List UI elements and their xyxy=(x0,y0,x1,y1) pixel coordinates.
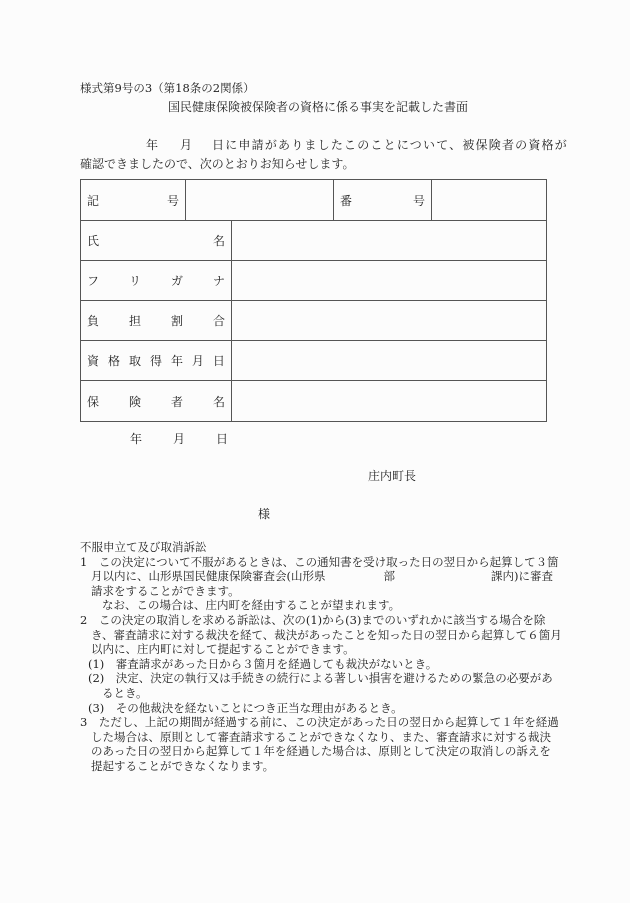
label-char: 担 xyxy=(129,312,141,329)
label-char: 負 xyxy=(87,312,99,329)
date-day: 日 xyxy=(216,430,228,447)
label-char: 者 xyxy=(171,393,183,410)
item-number: 1 xyxy=(80,555,87,569)
label-char: 号 xyxy=(167,192,179,209)
date-month: 月 xyxy=(173,430,185,447)
intro-line2: 確認できましたので、次のとおりお知らせします。 xyxy=(80,155,560,174)
label-char: 格 xyxy=(108,352,120,369)
label-char: 番 xyxy=(340,192,352,209)
notice-subitem-2: (2) 決定、決定の執行又は手続きの続行による著しい損害を避けるための緊急の必要… xyxy=(80,671,562,700)
intro-year: 年 xyxy=(146,138,158,152)
notice-item-3: 3 ただし、上記の期間が経過する前に、この決定があった日の翌日から起算して１年を… xyxy=(80,715,562,773)
burden-ratio-label-cell: 負担割合 xyxy=(81,301,232,341)
notice-subitem-1: (1) 審査請求があった日から３箇月を経過しても裁決がないとき。 xyxy=(80,657,562,672)
item-text: 部 xyxy=(383,569,395,583)
label-char: 合 xyxy=(213,312,225,329)
label-char: 険 xyxy=(129,393,141,410)
name-label-cell: 氏名 xyxy=(81,221,232,261)
table-row-burden-ratio: 負担割合 xyxy=(81,301,547,341)
table-row-furigana: フリガナ xyxy=(81,261,547,301)
item-number: 3 xyxy=(80,715,87,729)
form-number: 様式第9号の3（第18条の2関係） xyxy=(80,80,255,96)
insurer-name-value-cell xyxy=(232,381,547,422)
appeal-notice: 不服申立て及び取消訴訟 1 この決定について不服があるときは、この通知書を受け取… xyxy=(80,540,562,774)
acquisition-date-label-cell: 資格取得年月日 xyxy=(81,341,232,381)
subitem-text: その他裁決を経ないことにつき正当な理由があるとき。 xyxy=(116,701,403,715)
intro-month: 月 xyxy=(180,138,192,152)
furigana-value-cell xyxy=(232,261,547,301)
document-title: 国民健康保険被保険者の資格に係る事実を記載した書面 xyxy=(168,98,468,115)
label-char: 資 xyxy=(87,352,99,369)
label-char: 月 xyxy=(192,352,204,369)
label-char: 記 xyxy=(87,192,99,209)
symbol-value-cell xyxy=(186,180,334,221)
issuer-name: 庄内町長 xyxy=(368,467,416,484)
acquisition-date-value-cell xyxy=(232,341,547,381)
name-value-cell xyxy=(232,221,547,261)
label-char: 日 xyxy=(213,352,225,369)
table-row-acquisition-date: 資格取得年月日 xyxy=(81,341,547,381)
label-char: フ xyxy=(87,272,99,289)
burden-ratio-value-cell xyxy=(232,301,547,341)
notice-item-2: 2 この決定の取消しを求める訴訟は、次の(1)から(3)までのいずれかに該当する… xyxy=(80,613,562,657)
table-row-insurer-name: 保険者名 xyxy=(81,381,547,422)
label-char: リ xyxy=(129,272,141,289)
label-char: 号 xyxy=(413,192,425,209)
notice-heading: 不服申立て及び取消訴訟 xyxy=(80,540,562,555)
insurer-name-label-cell: 保険者名 xyxy=(81,381,232,422)
subitem-number: (2) xyxy=(88,671,104,685)
date-year: 年 xyxy=(130,430,142,447)
subitem-number: (1) xyxy=(88,657,104,671)
intro-line1: 日に申請がありましたこのことについて、被保険者の資格が xyxy=(212,138,568,152)
furigana-label-cell: フリガナ xyxy=(81,261,232,301)
number-value-cell xyxy=(432,180,547,221)
label-char: 割 xyxy=(171,312,183,329)
notice-item-1-note: なお、この場合は、庄内町を経由することが望まれます。 xyxy=(80,598,562,613)
issue-date: 年月日 xyxy=(130,430,259,447)
item-text: ただし、上記の期間が経過する前に、この決定があった日の翌日から起算して１年を経過… xyxy=(91,715,559,773)
qualification-table: 記号 番号 氏名 フリガナ 負担割合 資格取得年月日 保険者名 xyxy=(80,179,547,422)
table-row-symbol-number: 記号 番号 xyxy=(81,180,547,221)
label-char: 保 xyxy=(87,393,99,410)
item-text: この決定について不服があるときは、この通知書を受け取った日の翌日から起算して３箇… xyxy=(91,555,559,584)
item-text: この決定の取消しを求める訴訟は、次の(1)から(3)までのいずれかに該当する場合… xyxy=(91,613,562,656)
table-row-name: 氏名 xyxy=(81,221,547,261)
label-char: ナ xyxy=(213,272,225,289)
label-char: ガ xyxy=(171,272,183,289)
item-number: 2 xyxy=(80,613,87,627)
label-char: 名 xyxy=(213,393,225,410)
label-char: 年 xyxy=(171,352,183,369)
subitem-text: 審査請求があった日から３箇月を経過しても裁決がないとき。 xyxy=(116,657,437,671)
symbol-label-cell: 記号 xyxy=(81,180,186,221)
recipient-suffix: 様 xyxy=(258,505,270,522)
label-char: 氏 xyxy=(87,232,99,249)
label-char: 取 xyxy=(129,352,141,369)
subitem-number: (3) xyxy=(88,701,104,715)
label-char: 名 xyxy=(213,232,225,249)
number-label-cell: 番号 xyxy=(334,180,432,221)
label-char: 得 xyxy=(150,352,162,369)
subitem-text: 決定、決定の執行又は手続きの続行による著しい損害を避けるための緊急の必要があると… xyxy=(102,671,553,700)
notice-item-1: 1 この決定について不服があるときは、この通知書を受け取った日の翌日から起算して… xyxy=(80,555,562,599)
notice-subitem-3: (3) その他裁決を経ないことにつき正当な理由があるとき。 xyxy=(80,701,562,716)
intro-paragraph: 年月日に申請がありましたこのことについて、被保険者の資格が 確認できましたので、… xyxy=(80,136,560,174)
